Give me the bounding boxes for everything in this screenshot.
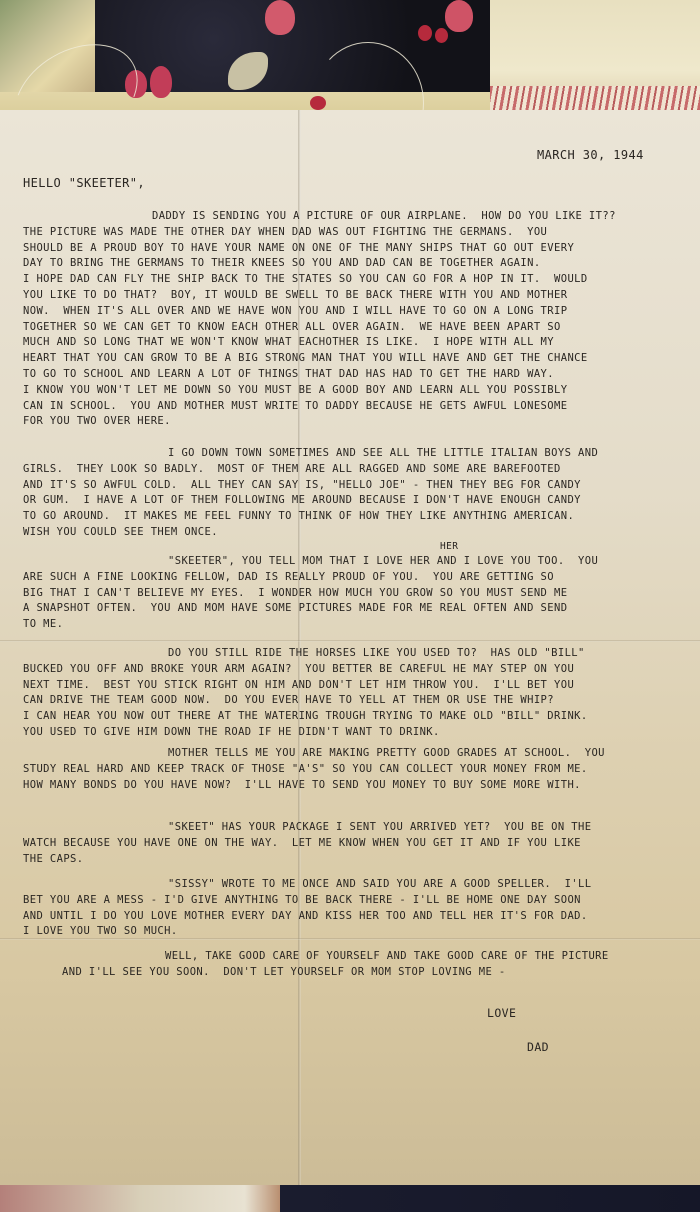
letter-line: Daddy is sending you a picture of our ai… — [152, 210, 616, 222]
letter-line: I know you won't let me down so you must… — [23, 384, 567, 396]
letter-line: How many bonds do you have now? I'll hav… — [23, 779, 581, 791]
letter-line: "Skeeter", you tell Mom that I love her … — [168, 555, 598, 567]
letter-line: Well, take good care of yourself and tak… — [165, 950, 609, 962]
handwritten-insertion: her — [440, 541, 458, 552]
letter-date: March 30, 1944 — [537, 148, 644, 162]
letter-line: I hope Dad can fly the ship back to the … — [23, 273, 588, 285]
letter-line: now. When it's all over and we have won … — [23, 305, 567, 317]
letter-line: The picture was made the other day when … — [23, 226, 547, 238]
letter-greeting: Hello "Skeeter", — [23, 176, 145, 190]
letter-line: day to bring the Germans to their knees … — [23, 257, 541, 269]
letter-line: should be a proud boy to have your name … — [23, 242, 574, 254]
letter-line: and I'll see you soon. Don't let yoursel… — [62, 966, 506, 978]
letter-closing: Love — [487, 1006, 516, 1020]
letter-line: Mother tells me you are making pretty go… — [168, 747, 605, 759]
letter-line: and it's so awful cold. All they can say… — [23, 479, 581, 491]
letter-line: big that I can't believe my eyes. I wond… — [23, 587, 567, 599]
berry-decoration — [418, 25, 432, 41]
letter-paper: March 30, 1944 Hello "Skeeter", Daddy is… — [0, 110, 700, 1185]
letter-line: the caps. — [23, 853, 84, 865]
letter-line: a snapshot often. You and Mom have some … — [23, 602, 567, 614]
paper-fold — [0, 938, 700, 940]
letter-line: girls. They look so badly. Most of them … — [23, 463, 561, 475]
letter-line: I go down town sometimes and see all the… — [168, 447, 598, 459]
paper-fold — [0, 640, 700, 642]
letter-line: are such a fine looking fellow, Dad is r… — [23, 571, 554, 583]
flower-petal-decoration — [265, 0, 295, 35]
flower-petal-decoration — [150, 66, 172, 98]
flower-petal-decoration — [445, 0, 473, 32]
letter-line: to me. — [23, 618, 63, 630]
letter-line: and until I do you love Mother every day… — [23, 910, 588, 922]
letter-line: I can hear you now out there at the wate… — [23, 710, 588, 722]
letter-line: "Sissy" wrote to me once and said you ar… — [168, 878, 591, 890]
letter-signature: Dad — [527, 1040, 549, 1054]
letter-line: to go to school and learn a lot of thing… — [23, 368, 554, 380]
berry-decoration — [435, 28, 448, 43]
letter-line: together so we can get to know each othe… — [23, 321, 561, 333]
letter-line: for you two over here. — [23, 415, 171, 427]
letter-line: next time. Best you stick right on him a… — [23, 679, 574, 691]
letter-line: much and so long that we won't know what… — [23, 336, 554, 348]
letter-line: can drive the team good now. Do you ever… — [23, 694, 554, 706]
letter-line: can in school. You and Mother must write… — [23, 400, 567, 412]
letter-line: I love you two so much. — [23, 925, 178, 937]
letter-line: or gum. I have a lot of them following m… — [23, 494, 581, 506]
letter-line: bet you are a mess - I'd give anything t… — [23, 894, 581, 906]
letter-line: you like to do that? Boy, it would be sw… — [23, 289, 567, 301]
letter-line: study real hard and keep track of those … — [23, 763, 588, 775]
letter-line: to go around. It makes me feel funny to … — [23, 510, 574, 522]
letter-line: heart that you can grow to be a big stro… — [23, 352, 588, 364]
letter-line: Wish you could see them once. — [23, 526, 218, 538]
letter-line: bucked you off and broke your arm again?… — [23, 663, 574, 675]
letter-line: Do you still ride the horses like you us… — [168, 647, 585, 659]
letter-line: "Skeet" has your package I sent you arri… — [168, 821, 591, 833]
letter-line: watch because you have one on the way. L… — [23, 837, 581, 849]
letter-line: You used to give him down the road if he… — [23, 726, 440, 738]
